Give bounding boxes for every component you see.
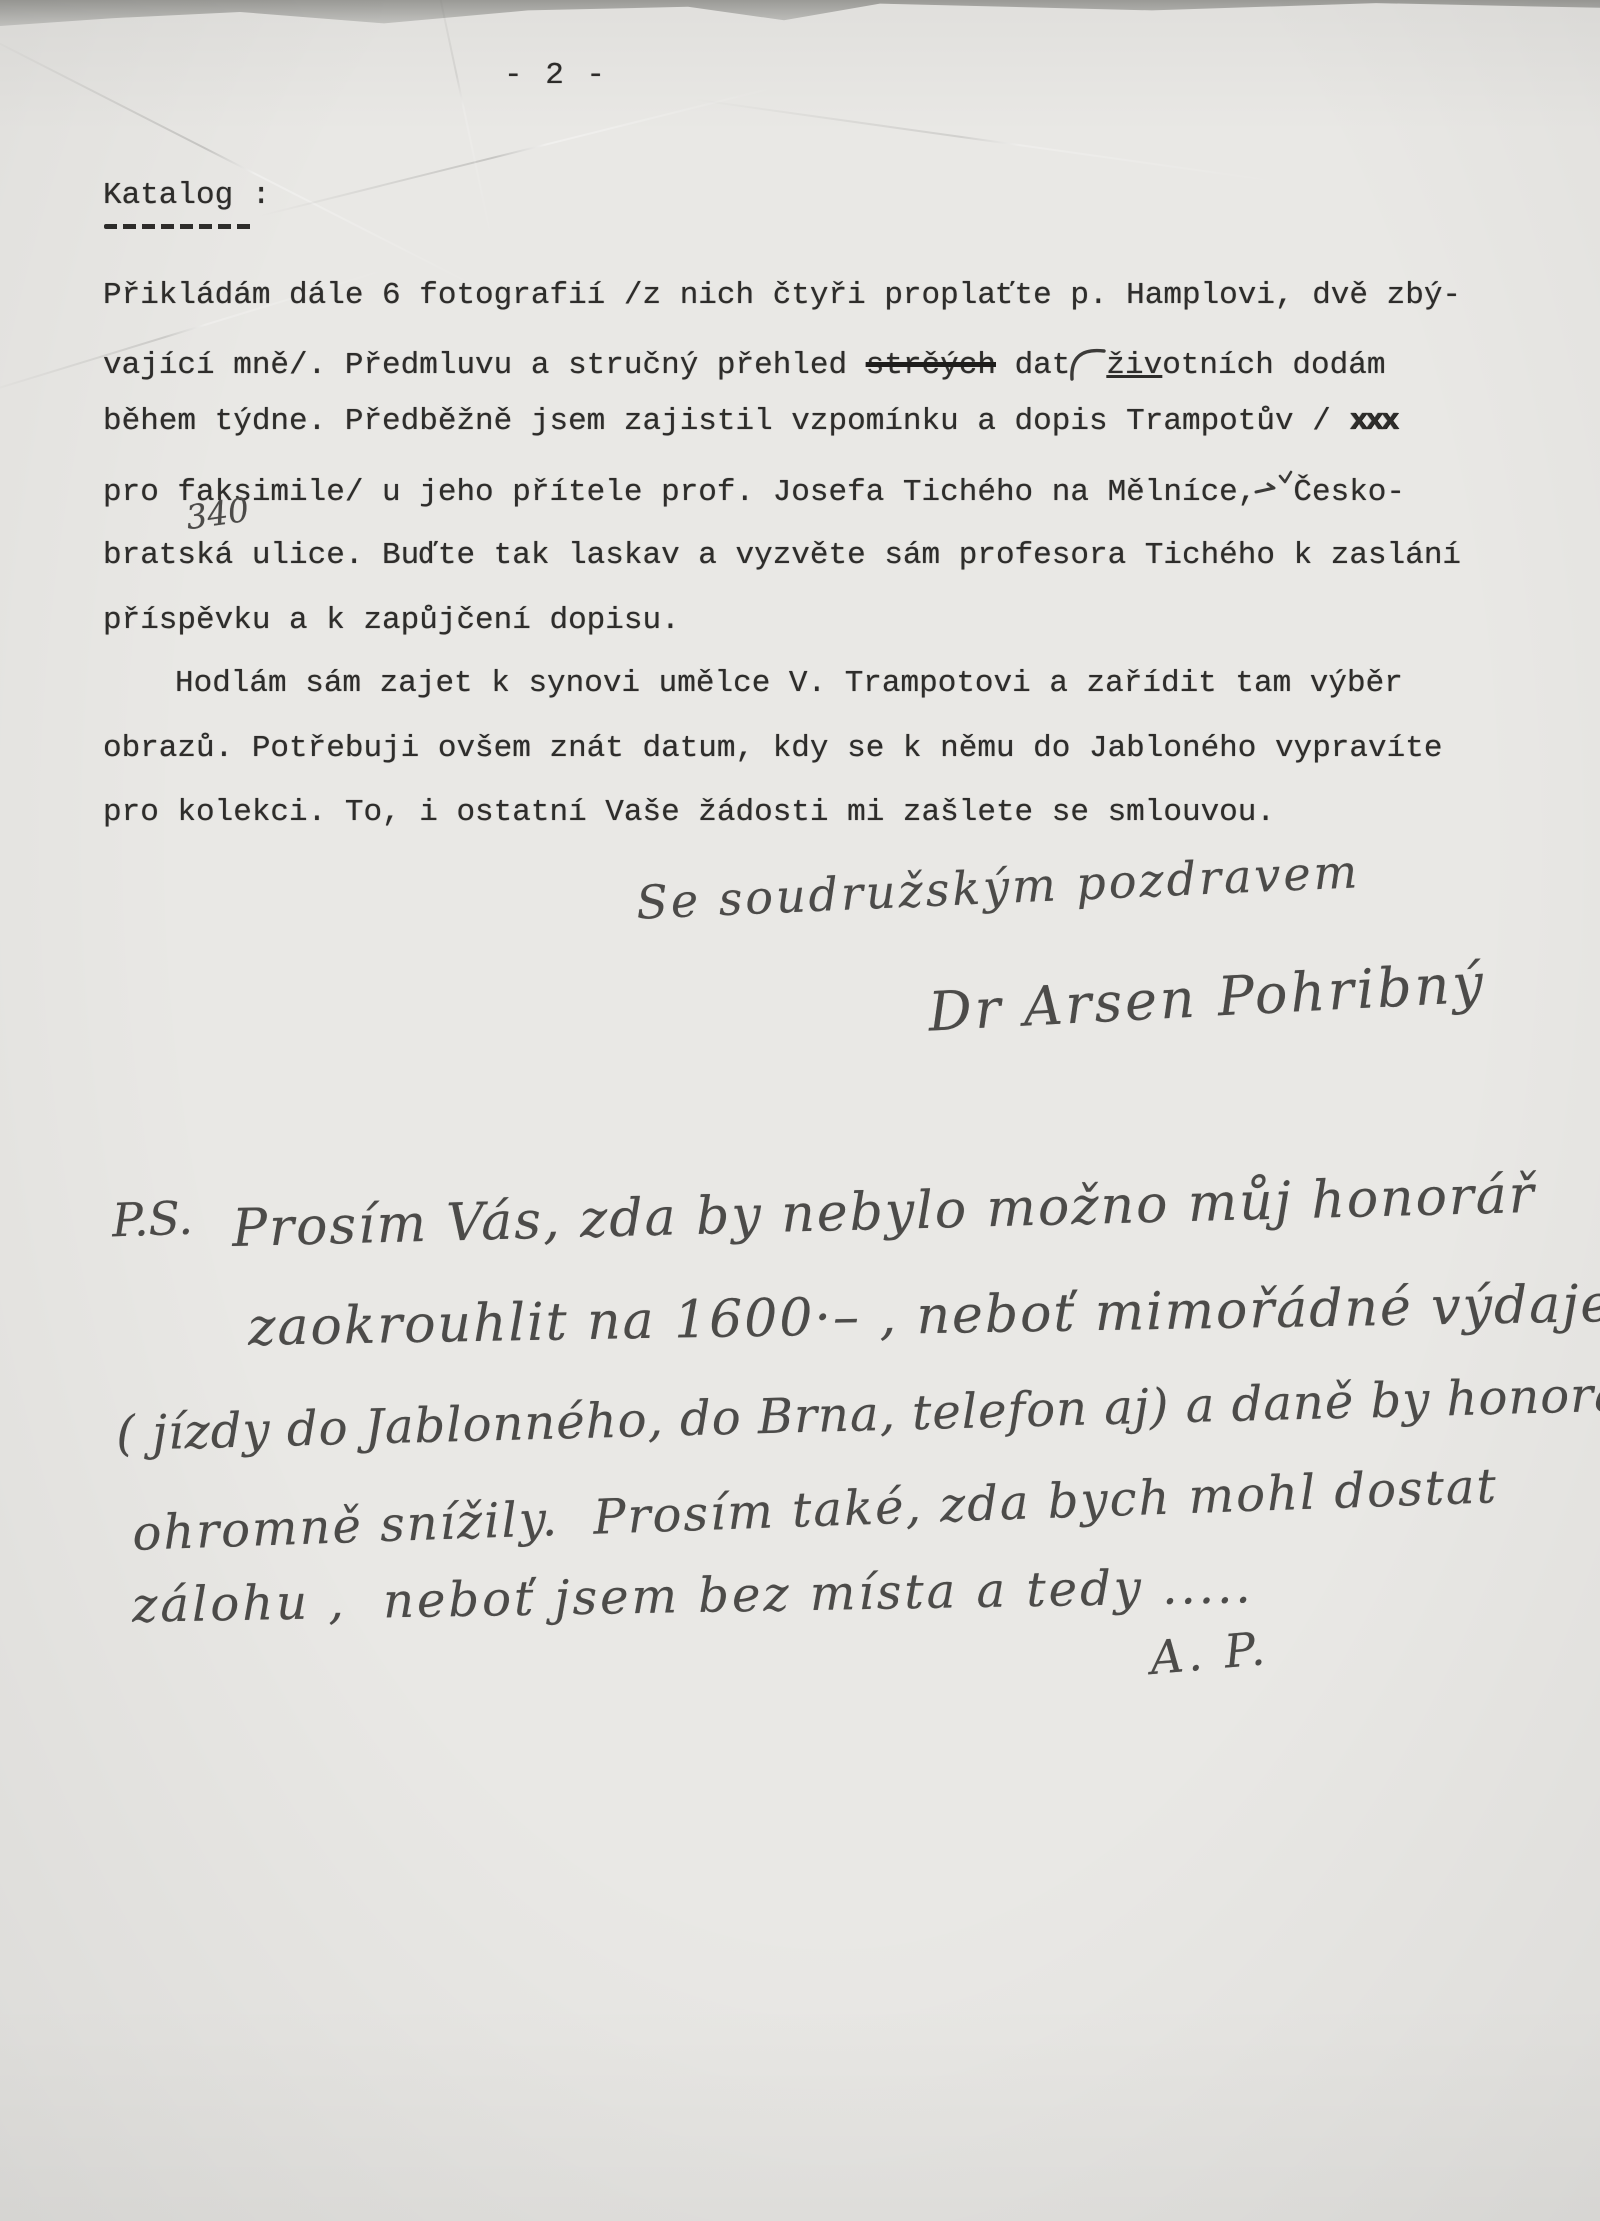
handwritten-salutation: Se soudružským pozdravem xyxy=(635,844,1361,930)
page-number: - 2 - xyxy=(504,58,607,93)
postscript-line: zaokrouhlit na 1600·– , neboť mimořádné … xyxy=(248,1274,1600,1358)
postscript-line: ohromně snížily. Prosím také, zda bych m… xyxy=(131,1458,1498,1562)
struck-out-word: strčých xyxy=(866,348,996,383)
overtyped-chars: xxx xyxy=(1349,404,1396,439)
paper-crease xyxy=(0,33,480,289)
paper-crease xyxy=(693,98,1287,183)
paper-crease xyxy=(426,0,494,248)
heading-dashed-underline xyxy=(104,224,256,229)
postscript-label: P.S. xyxy=(111,1191,194,1248)
torn-paper-edge xyxy=(0,0,1600,26)
handwritten-number: 340 xyxy=(184,490,252,537)
body-line-text: během týdne. Předběžně jsem zajistil vzp… xyxy=(103,404,1349,439)
section-heading: Katalog : xyxy=(103,178,270,213)
handwritten-signature: Dr Arsen Pohribný xyxy=(927,951,1488,1043)
handwritten-initials: A. P. xyxy=(1148,1621,1271,1685)
insertion-mark-icon xyxy=(1068,341,1108,381)
body-line: Hodlám sám zajet k synovi umělce V. Tram… xyxy=(175,666,1403,701)
postscript-line: ( jízdy do Jablonného, do Brna, telefon … xyxy=(116,1366,1600,1462)
body-line: Přikládám dále 6 fotografií /z nich čtyř… xyxy=(103,278,1461,313)
body-line-text: Česko- xyxy=(1293,475,1405,510)
body-line-text: otních dodám xyxy=(1162,348,1385,383)
body-line: pro kolekci. To, i ostatní Vaše žádosti … xyxy=(103,795,1275,830)
body-line: příspěvku a k zapůjčení dopisu. xyxy=(103,603,680,638)
scanned-letter-page: - 2 - Katalog : Přikládám dále 6 fotogra… xyxy=(0,0,1600,2221)
body-line-text: pro faksimile/ u jeho přítele prof. Jose… xyxy=(103,475,1256,510)
body-line: během týdne. Předběžně jsem zajistil vzp… xyxy=(103,404,1396,439)
underlined-text: živ xyxy=(1106,348,1162,383)
postscript-line: Prosím Vás, zda by nebylo možno můj hono… xyxy=(231,1165,1536,1259)
paper-crease xyxy=(258,85,782,218)
postscript-line: zálohu , neboť jsem bez místa a tedy ...… xyxy=(132,1558,1254,1634)
body-line-text: dat xyxy=(996,348,1070,383)
body-line: vající mně/. Předmluvu a stručný přehled… xyxy=(103,341,1385,383)
handwritten-correction-icon xyxy=(1254,470,1296,500)
body-line: bratská ulice. Buďte tak laskav a vyzvět… xyxy=(103,538,1461,573)
body-line: pro faksimile/ u jeho přítele prof. Jose… xyxy=(103,470,1405,510)
body-line-text: vající mně/. Předmluvu a stručný přehled xyxy=(103,348,866,383)
body-line: obrazů. Potřebuji ovšem znát datum, kdy … xyxy=(103,731,1442,766)
